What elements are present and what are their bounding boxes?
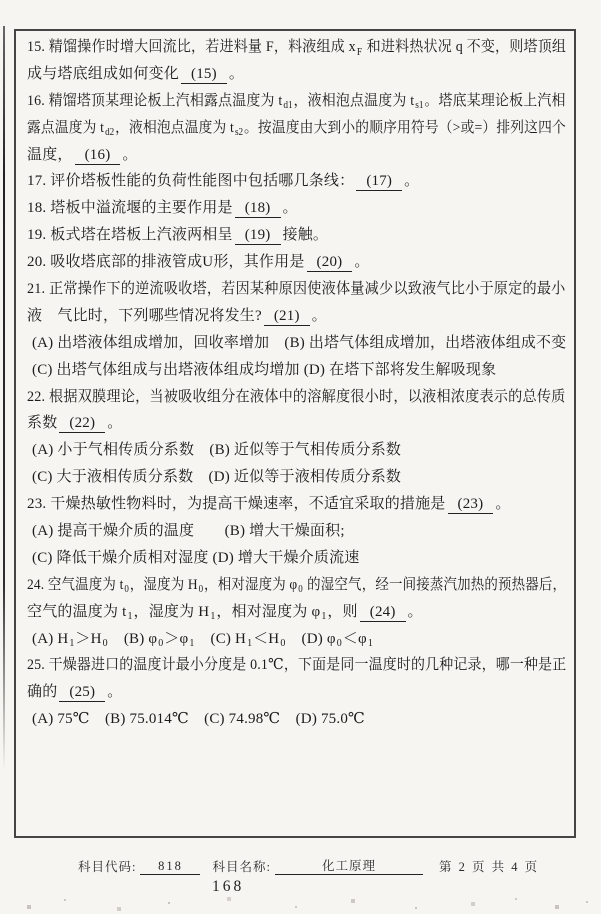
text-segment: 。: [404, 173, 419, 189]
subscript-text: 1: [210, 611, 215, 622]
text-segment: ＜H: [253, 631, 279, 647]
answer-blank: (17): [356, 173, 402, 191]
text-segment: 。: [354, 254, 369, 270]
text-segment: 。按温度由大到小的顺序用符号（>或=）排列这四个: [244, 120, 566, 136]
subscript-text: d1: [283, 100, 292, 111]
text-segment: 和进料热状况 q 不变，则塔顶组: [363, 39, 566, 55]
answer-blank: (21): [264, 308, 310, 326]
text-segment: 。: [283, 200, 298, 216]
text-segment: 温度，: [27, 147, 73, 163]
subscript-text: 0: [124, 584, 128, 595]
text-segment: ＞φ: [164, 631, 188, 647]
text-segment: 20. 吸收塔底部的排液管成U形，其作用是: [27, 254, 305, 270]
answer-blank: (15): [181, 66, 227, 84]
question-line: 系数(22)。: [27, 410, 566, 437]
question-line: 成与塔底组成如何变化(15)。: [27, 61, 566, 88]
text-segment: 25. 干燥器进口的温度计最小分度是 0.1℃，下面是同一温度时的几种记录，哪一…: [27, 657, 566, 673]
option-line: (C) 出塔气体组成与出塔液体组成均增加 (D) 在塔下部将发生解吸现象: [27, 357, 566, 384]
subscript-text: d2: [105, 127, 114, 138]
text-segment: 。: [312, 308, 327, 324]
question-line: 21. 正常操作下的逆流吸收塔，若因某种原因使液体量减少以致液气比小于原定的最小: [27, 276, 536, 303]
text-segment: (C) 出塔气体组成与出塔液体组成均增加 (D) 在塔下部将发生解吸现象: [32, 362, 496, 378]
scan-noise-speckles: [0, 0, 2, 2]
question-line: 20. 吸收塔底部的排液管成U形，其作用是(20)。: [27, 249, 566, 276]
subscript-text: 1: [189, 638, 194, 649]
question-line: 17. 评价塔板性能的负荷性能图中包括哪几条线：(17)。: [27, 168, 566, 195]
question-line: 19. 板式塔在塔板上汽液两相呈(19)接触。: [27, 222, 566, 249]
page-number: 168: [212, 878, 244, 896]
text-segment: (A) 75℃ (B) 75.014℃ (C) 74.98℃ (D) 75.0℃: [32, 711, 365, 727]
text-segment: 。: [408, 604, 423, 620]
answer-blank: (18): [235, 200, 281, 218]
question-line: 23. 干燥热敏性物料时，为提高干燥速率，不适宜采取的措施是(23)。: [27, 491, 566, 518]
page-indicator: 第 2 页 共 4 页: [439, 857, 539, 875]
answer-blank: (19): [235, 227, 281, 245]
text-segment: 接触。: [283, 227, 329, 243]
content-border-box: 15. 精馏操作时增大回流比，若进料量 F，料液组成 xF 和进料热状况 q 不…: [14, 29, 576, 838]
answer-blank: (25): [59, 684, 105, 702]
text-segment: 液 气比时，下列哪些情况将发生?: [27, 308, 262, 324]
question-line: 22. 根据双膜理论，当被吸收组分在液体中的溶解度很小时，以液相浓度表示的总传质: [27, 384, 536, 411]
option-line: (C) 大于液相传质分系数 (D) 近似等于液相传质分系数: [27, 464, 566, 491]
text-segment: 15. 精馏操作时增大回流比，若进料量 F，料液组成 x: [27, 39, 356, 55]
text-segment: 。: [495, 496, 510, 512]
subscript-text: 0: [199, 584, 203, 595]
option-line: (A) H1＞H0 (B) φ0＞φ1 (C) H1＜H0 (D) φ0＜φ1: [27, 626, 566, 653]
question-line: 液 气比时，下列哪些情况将发生?(21)。: [27, 303, 566, 330]
subscript-text: 0: [103, 638, 108, 649]
text-segment: 的湿空气，经一间接蒸汽加热的预热器后，: [304, 577, 567, 593]
text-segment: ，则: [327, 604, 357, 620]
text-segment: 。: [107, 684, 122, 700]
text-segment: (C) 大于液相传质分系数 (D) 近似等于液相传质分系数: [32, 469, 401, 485]
text-segment: 24. 空气温度为 t: [27, 577, 124, 593]
text-segment: 18. 塔板中溢流堰的主要作用是: [27, 200, 233, 216]
subject-code-label: 科目代码:: [78, 857, 136, 875]
subject-name-value: 化工原理: [275, 856, 423, 875]
question-line: 25. 干燥器进口的温度计最小分度是 0.1℃，下面是同一温度时的几种记录，哪一…: [27, 652, 528, 679]
answer-blank: (24): [360, 604, 406, 622]
text-segment: ，相对湿度为 φ: [216, 604, 320, 620]
text-segment: (C) 降低干燥介质相对湿度 (D) 增大干燥介质流速: [32, 550, 359, 566]
text-segment: 16. 精馏塔顶某理论板上汽相露点温度为 t: [27, 93, 282, 109]
subscript-text: 1: [69, 638, 74, 649]
text-segment: 。: [122, 147, 137, 163]
text-segment: 17. 评价塔板性能的负荷性能图中包括哪几条线：: [27, 173, 354, 189]
subscript-text: 0: [158, 638, 163, 649]
text-segment: (A) 小于气相传质分系数 (B) 近似等于气相传质分系数: [32, 442, 401, 458]
subscript-text: 0: [298, 584, 302, 595]
text-segment: 成与塔底组成如何变化: [27, 66, 179, 82]
text-segment: ＞H: [75, 631, 101, 647]
text-segment: ＜φ: [343, 631, 367, 647]
subject-name-label: 科目名称:: [212, 857, 270, 875]
text-segment: ，湿度为 H: [134, 604, 210, 620]
question-line: 16. 精馏塔顶某理论板上汽相露点温度为 td1，液相泡点温度为 ts1。塔底某…: [27, 88, 528, 115]
subscript-text: s2: [235, 127, 243, 138]
scanned-exam-page: 15. 精馏操作时增大回流比，若进料量 F，料液组成 xF 和进料热状况 q 不…: [0, 0, 601, 914]
text-segment: 。塔底某理论板上汽相: [424, 93, 565, 109]
text-segment: ，湿度为 H: [130, 577, 198, 593]
question-line: 温度，(16)。: [27, 142, 566, 169]
text-segment: ，液相泡点温度为 t: [115, 120, 234, 136]
subscript-text: s1: [415, 100, 423, 111]
option-line: (A) 提高干燥介质的温度 (B) 增大干燥面积;: [27, 518, 566, 545]
text-segment: 21. 正常操作下的逆流吸收塔，若因某种原因使液体量减少以致液气比小于原定的最小: [27, 281, 566, 297]
question-line: 确的(25)。: [27, 679, 566, 706]
text-segment: ，液相泡点温度为 t: [294, 93, 415, 109]
answer-blank: (23): [448, 496, 494, 514]
answer-blank: (20): [307, 254, 353, 272]
subscript-text: 1: [368, 638, 373, 649]
text-segment: (D) φ: [286, 631, 335, 647]
question-list: 15. 精馏操作时增大回流比，若进料量 F，料液组成 xF 和进料热状况 q 不…: [16, 31, 574, 733]
option-line: (A) 出塔液体组成增加，回收率增加 (B) 出塔气体组成增加，出塔液体组成不变: [27, 330, 564, 357]
subscript-text: 0: [337, 638, 342, 649]
page-footer: 科目代码: 818 科目名称: 化工原理 第 2 页 共 4 页: [78, 856, 539, 875]
subscript-text: 1: [321, 611, 326, 622]
text-segment: 空气的温度为 t: [27, 604, 127, 620]
text-segment: 确的: [27, 684, 57, 700]
option-line: (A) 75℃ (B) 75.014℃ (C) 74.98℃ (D) 75.0℃: [27, 706, 566, 733]
text-segment: (A) 出塔液体组成增加，回收率增加 (B) 出塔气体组成增加，出塔液体组成不变: [32, 335, 566, 351]
scan-artifact-line: [3, 26, 5, 770]
question-line: 露点温度为 td2，液相泡点温度为 ts2。按温度由大到小的顺序用符号（>或=）…: [27, 115, 520, 142]
text-segment: ，相对湿度为 φ: [204, 577, 297, 593]
answer-blank: (22): [59, 415, 105, 433]
subscript-text: F: [357, 47, 362, 58]
subscript-text: 1: [128, 611, 133, 622]
option-line: (A) 小于气相传质分系数 (B) 近似等于气相传质分系数: [27, 437, 566, 464]
question-line: 24. 空气温度为 t0，湿度为 H0，相对湿度为 φ0 的湿空气，经一间接蒸汽…: [27, 572, 510, 599]
text-segment: (B) φ: [109, 631, 158, 647]
text-segment: 。: [229, 66, 244, 82]
question-line: 15. 精馏操作时增大回流比，若进料量 F，料液组成 xF 和进料热状况 q 不…: [27, 34, 531, 61]
question-line: 空气的温度为 t1，湿度为 H1，相对湿度为 φ1，则(24)。: [27, 599, 566, 626]
text-segment: (A) H: [32, 631, 68, 647]
text-segment: 22. 根据双膜理论，当被吸收组分在液体中的溶解度很小时，以液相浓度表示的总传质: [27, 389, 566, 405]
text-segment: (C) H: [195, 631, 246, 647]
text-segment: (A) 提高干燥介质的温度 (B) 增大干燥面积;: [32, 523, 345, 539]
question-line: 18. 塔板中溢流堰的主要作用是(18)。: [27, 195, 566, 222]
text-segment: 19. 板式塔在塔板上汽液两相呈: [27, 227, 233, 243]
text-segment: 系数: [27, 415, 57, 431]
subscript-text: 0: [280, 638, 285, 649]
text-segment: 露点温度为 t: [27, 120, 104, 136]
text-segment: 23. 干燥热敏性物料时，为提高干燥速率，不适宜采取的措施是: [27, 496, 446, 512]
option-line: (C) 降低干燥介质相对湿度 (D) 增大干燥介质流速: [27, 545, 566, 572]
answer-blank: (16): [75, 147, 121, 165]
subscript-text: 1: [247, 638, 252, 649]
text-segment: 。: [107, 415, 122, 431]
subject-code-value: 818: [140, 859, 200, 875]
